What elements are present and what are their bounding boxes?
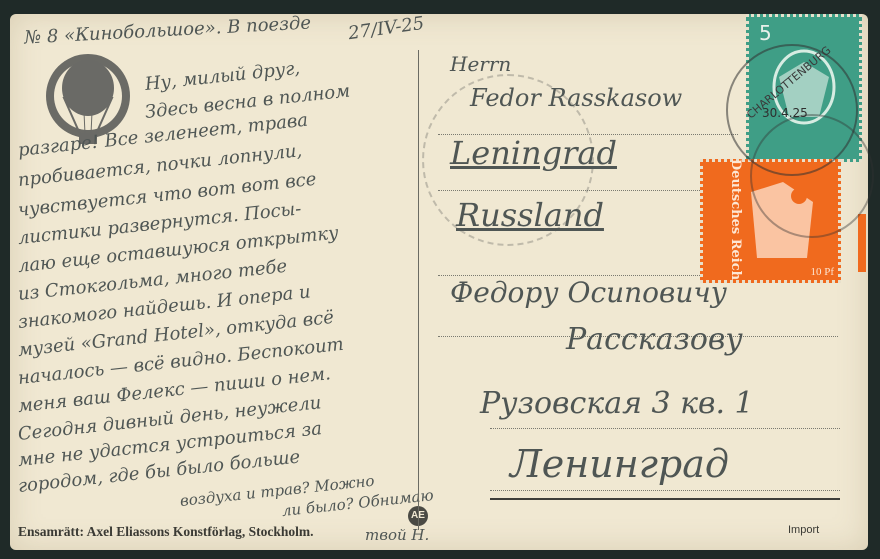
message-header: № 8 «Кинобольшое». В поезде — [24, 13, 312, 49]
signature: твой Н. — [365, 526, 429, 544]
import-label: Import — [788, 524, 819, 536]
stamp-orange-edge — [858, 214, 866, 272]
address-line — [490, 428, 840, 429]
postcard: № 8 «Кинобольшое». В поезде 27/IV-25 Ну,… — [10, 14, 868, 550]
address-city-cyrillic: Ленинград — [510, 442, 729, 486]
address-salutation: Herrn — [450, 52, 511, 76]
stamp-denomination: 10 Pf — [810, 266, 834, 278]
divider-line — [418, 50, 419, 530]
postmark-date: 30.4.25 — [762, 106, 808, 120]
address-country: Russland — [456, 196, 604, 234]
address-city-latin: Leningrad — [450, 134, 617, 172]
address-line — [490, 490, 840, 491]
address-underline — [490, 498, 840, 500]
publisher-imprint: Ensamrätt: Axel Eliassons Konstförlag, S… — [18, 524, 314, 540]
cancellation-postmark — [750, 114, 874, 238]
message-date: 27/IV-25 — [347, 13, 426, 44]
address-name-latin: Fedor Rasskasow — [470, 84, 682, 112]
address-name-cyrillic: Федору Осиповичу — [450, 276, 727, 309]
address-surname-cyrillic: Рассказову — [566, 322, 743, 357]
address-street: Рузовская 3 кв. 1 — [480, 386, 754, 421]
